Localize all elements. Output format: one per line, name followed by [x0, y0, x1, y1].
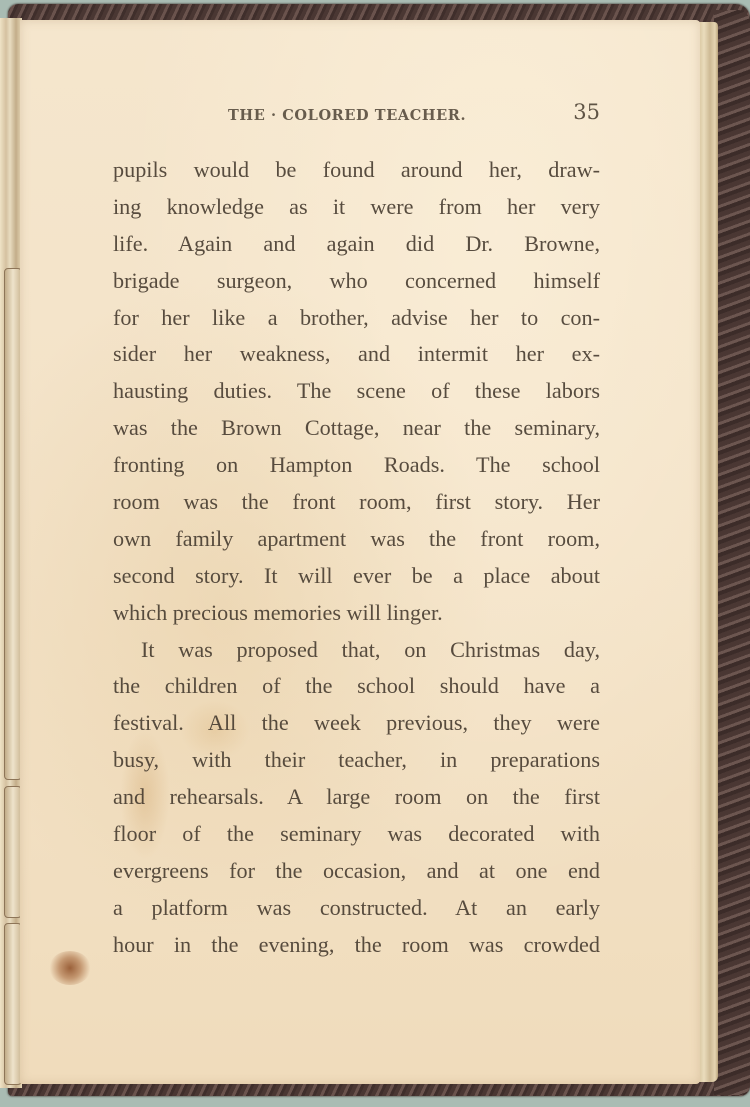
text-line: and rehearsals. A large room on the firs… — [113, 779, 600, 816]
text-line: fronting on Hampton Roads. The school — [113, 447, 600, 484]
book-page-scan: THE · COLORED TEACHER. 35 pupils would b… — [0, 0, 750, 1107]
text-line: evergreens for the occasion, and at one … — [113, 853, 600, 890]
text-line: busy, with their teacher, in preparation… — [113, 742, 600, 779]
text-line: second story. It will ever be a place ab… — [113, 558, 600, 595]
text-line: life. Again and again did Dr. Browne, — [113, 226, 600, 263]
body-text: pupils would be found around her, draw- … — [113, 152, 600, 964]
text-line: which precious memories will linger. — [113, 595, 600, 632]
text-line: ing knowledge as it were from her very — [113, 189, 600, 226]
text-line: brigade surgeon, who concerned himself — [113, 263, 600, 300]
text-line: festival. All the week previous, they we… — [113, 705, 600, 742]
text-line: hausting duties. The scene of these labo… — [113, 373, 600, 410]
running-head: THE · COLORED TEACHER. 35 — [110, 100, 600, 130]
paragraph: pupils would be found around her, draw- … — [113, 152, 600, 632]
paragraph: It was proposed that, on Christmas day, … — [113, 632, 600, 964]
text-line: pupils would be found around her, draw- — [113, 152, 600, 189]
text-line: sider her weakness, and intermit her ex- — [113, 336, 600, 373]
binding-gutter — [0, 18, 22, 1088]
page-number: 35 — [573, 100, 600, 124]
text-line: floor of the seminary was decorated with — [113, 816, 600, 853]
text-line: for her like a brother, advise her to co… — [113, 300, 600, 337]
running-title: THE · COLORED TEACHER. — [228, 107, 466, 124]
text-line: own family apartment was the front room, — [113, 521, 600, 558]
text-line: the children of the school should have a — [113, 668, 600, 705]
text-line: It was proposed that, on Christmas day, — [113, 632, 600, 669]
text-line: a platform was constructed. At an early — [113, 890, 600, 927]
book-cover-right-border — [714, 10, 750, 1095]
text-line: hour in the evening, the room was crowde… — [113, 927, 600, 964]
text-line: room was the front room, first story. He… — [113, 484, 600, 521]
text-line: was the Brown Cottage, near the seminary… — [113, 410, 600, 447]
